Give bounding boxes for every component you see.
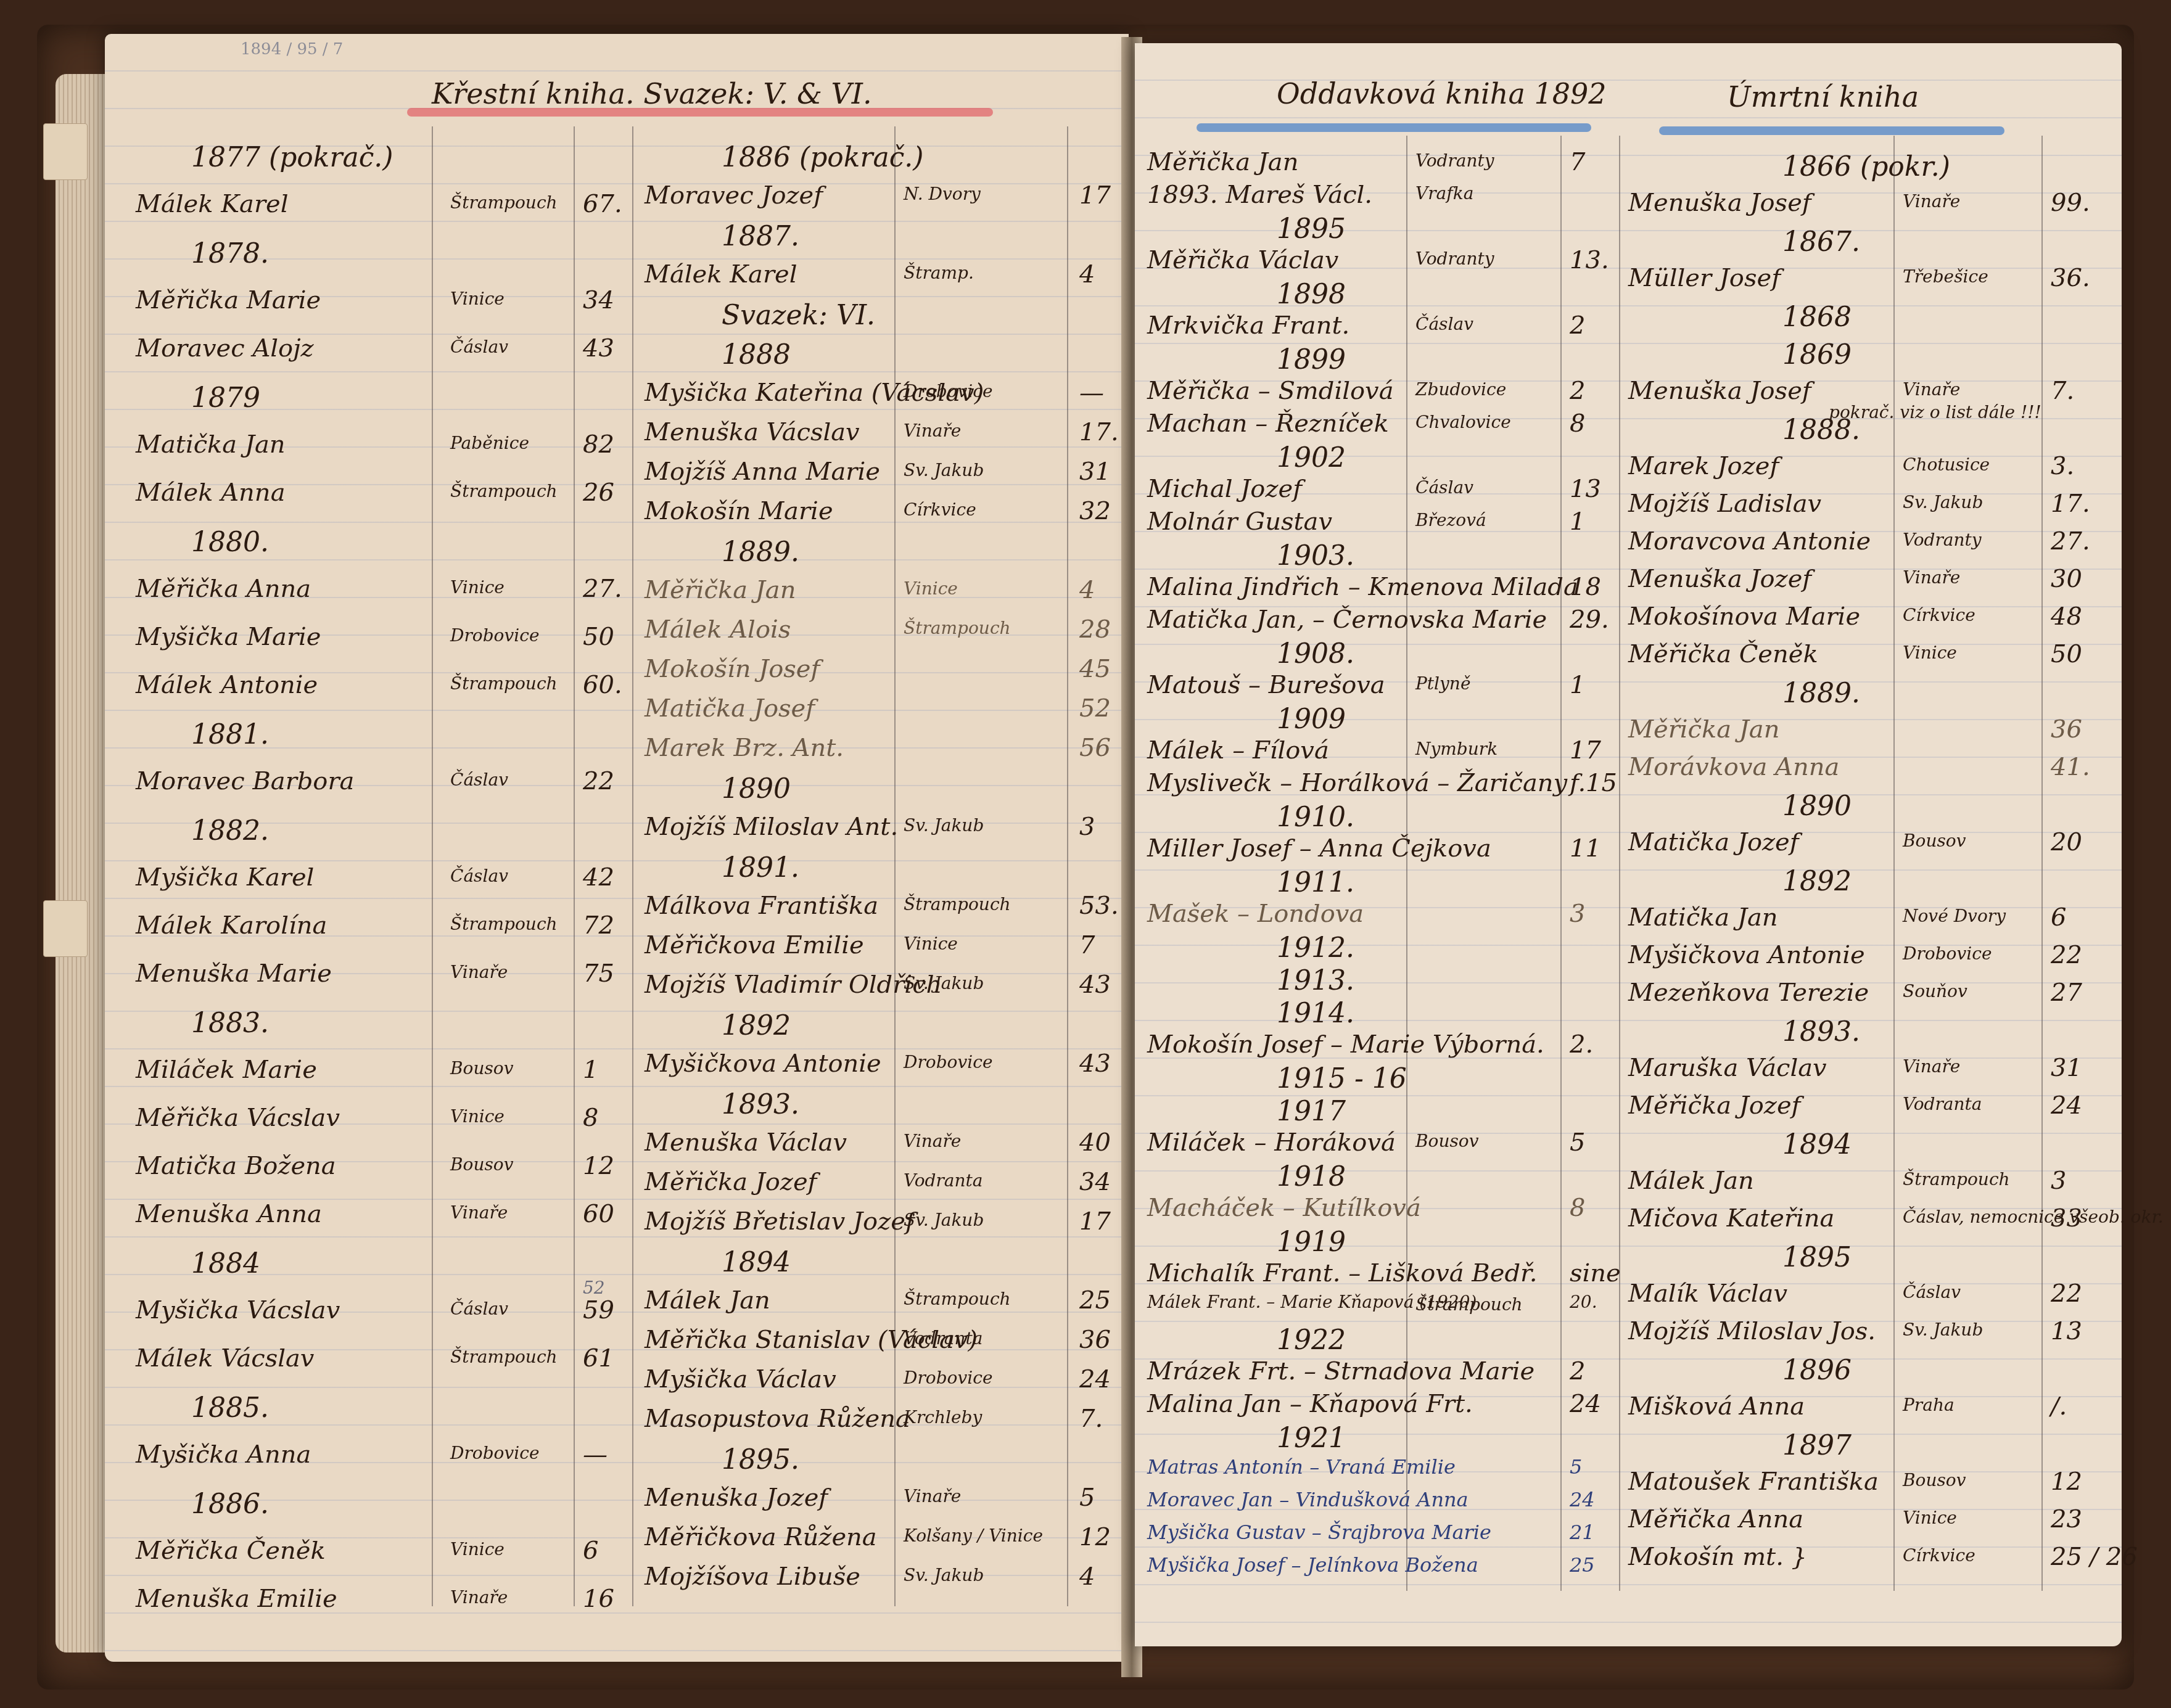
entry-place: Drobovice <box>904 1052 993 1072</box>
entry-place: Vinaře <box>1903 379 1960 400</box>
entry-place: Nymburk <box>1415 739 1497 759</box>
entry-number: 41. <box>2051 753 2090 781</box>
entry-name: Myšička Josef – Jelínkova Božena <box>1147 1553 1478 1577</box>
entry-number: 40 <box>1079 1128 1111 1157</box>
death-book-header: Úmrtní kniha <box>1727 80 1919 113</box>
entry-number: 61 <box>583 1344 614 1373</box>
entry-number: 31 <box>2051 1054 2082 1082</box>
entry-number: 28 <box>1079 615 1111 644</box>
entry-name: Měřička Vácslav <box>136 1104 340 1132</box>
entry-place: Drobovice <box>1903 943 1992 964</box>
entry-name: Myšička Gustav – Šrajbrova Marie <box>1147 1521 1491 1544</box>
entry-number: 12 <box>2051 1468 2082 1496</box>
entry-place: Drobovice <box>904 1368 993 1388</box>
entry-name: Matouš – Burešova <box>1147 671 1385 699</box>
year-heading: 1909 <box>1277 704 1346 735</box>
entry-name: Mokošínova Marie <box>1628 602 1860 631</box>
entry-number: 25 <box>1079 1286 1111 1315</box>
entry-name: Menuška Anna <box>136 1200 322 1228</box>
entry-place: Vinaře <box>904 1486 961 1506</box>
year-heading: 1893. <box>1782 1016 1860 1048</box>
year-heading: 1918 <box>1277 1161 1346 1193</box>
entry-number: 8 <box>1570 1194 1585 1222</box>
year-heading: 1893. <box>722 1089 799 1120</box>
entry-place: Štrampouch <box>1903 1169 2010 1189</box>
column-rule <box>432 126 433 1606</box>
entry-name: Mojžíšova Libuše <box>645 1562 860 1591</box>
entry-number: 12 <box>1079 1523 1111 1551</box>
entry-name: Menuška Jozef <box>1628 565 1811 593</box>
entry-number: 60. <box>583 671 622 699</box>
entry-number: 50 <box>2051 640 2082 668</box>
entry-name: Málek Anna <box>136 478 285 507</box>
entry-number: 32 <box>1079 497 1111 525</box>
entry-number: 7. <box>1079 1405 1103 1433</box>
entry-number: 16 <box>583 1585 614 1613</box>
year-heading: 1898 <box>1277 279 1346 310</box>
entry-name: Menuška Marie <box>136 959 332 988</box>
year-heading: 1902 <box>1277 442 1346 474</box>
entry-number: 22 <box>2051 1279 2082 1308</box>
entry-name: Myšička Vácslav <box>136 1296 340 1324</box>
entry-name: Matička Jan <box>136 430 286 459</box>
entry-name: Mojžíš Vladimír Oldřich <box>645 971 942 999</box>
entry-number: — <box>1079 379 1104 407</box>
year-heading: 1912. <box>1277 932 1354 964</box>
entry-place: Vinice <box>450 577 505 597</box>
entry-place: Vinaře <box>904 421 961 441</box>
year-heading: Svazek: VI. <box>722 300 875 331</box>
entry-place: Štrampouch <box>904 618 1011 638</box>
entry-name: Menuška Vácslav <box>645 418 860 446</box>
year-heading: 1885. <box>191 1392 269 1424</box>
entry-place: Vrafka <box>1415 183 1473 203</box>
column-rule <box>1560 136 1562 1591</box>
entry-name: Měřička Čeněk <box>1628 640 1818 668</box>
entry-place: Sv. Jakub <box>1903 1320 1983 1340</box>
year-heading: 1910. <box>1277 802 1354 833</box>
year-heading: 1877 (pokrač.) <box>191 142 393 173</box>
entry-number: 1 <box>583 1056 598 1084</box>
baptism-book-header: Křestní kniha. Svazek: V. & VI. <box>432 77 872 110</box>
year-heading: 1889. <box>722 536 799 568</box>
entry-name: Mezeňkova Terezie <box>1628 979 1869 1007</box>
entry-name: Matička Josef <box>645 694 815 723</box>
entry-place: Církvice <box>1903 1545 1975 1566</box>
entry-place: Vinice <box>1903 643 1957 663</box>
entry-number: 3. <box>2051 452 2074 480</box>
entry-place: Vinice <box>904 578 958 599</box>
entry-name: Měřička – Smdilová <box>1147 377 1394 405</box>
entry-number: 3 <box>1570 900 1585 928</box>
entry-number: 13 <box>2051 1317 2082 1345</box>
year-heading: 1899 <box>1277 344 1346 376</box>
entry-number: 24 <box>2051 1091 2082 1120</box>
entry-number: 20. <box>1570 1292 1597 1312</box>
entry-name: Měřičkova Emilie <box>645 931 864 959</box>
year-heading: 1894 <box>1782 1129 1852 1160</box>
entry-name: Myšičkova Antonie <box>645 1049 881 1078</box>
entry-name: Myšička Marie <box>136 623 321 651</box>
entry-name: Menuška Emilie <box>136 1585 337 1613</box>
entry-name: Málek Karel <box>136 190 289 218</box>
year-heading: 1895 <box>1277 213 1346 245</box>
entry-place: Bousov <box>450 1058 514 1078</box>
entry-place: Štrampouch <box>450 1347 558 1367</box>
left-page: 1894 / 95 / 7 Křestní kniha. Svazek: V. … <box>105 34 1129 1662</box>
entry-place: Drobovice <box>450 1443 540 1463</box>
entry-number: 22 <box>2051 941 2082 969</box>
entry-place: Štrampouch <box>450 914 558 934</box>
entry-place: Vodranta <box>1903 1094 1982 1114</box>
entry-name: Mokošín Josef <box>645 655 820 683</box>
entry-place: Sv. Jakub <box>904 815 984 836</box>
column-rule <box>632 126 633 1606</box>
entry-place: Štrampouch <box>904 894 1011 914</box>
entry-number: 5 <box>1570 1128 1585 1157</box>
entry-name: Myšička Karel <box>136 863 314 892</box>
entry-place: Čáslav <box>450 337 508 357</box>
entry-name: Malina Jindřich – Kmenova Milada <box>1147 573 1578 601</box>
entry-name: Moravec Barbora <box>136 767 354 795</box>
entry-name: Málek Karolína <box>136 911 327 940</box>
entry-name: Moravec Jozef <box>645 181 823 210</box>
margin-note: pokrač. viz o list dále !!! <box>1829 402 2041 422</box>
entry-number: 99. <box>2051 189 2090 217</box>
entry-name: Měřička Jan <box>1628 715 1779 744</box>
entry-name: Málek Alois <box>645 615 791 644</box>
entry-place: Štrampouch <box>450 192 558 213</box>
column-rule <box>1619 136 1620 1591</box>
entry-number: — <box>583 1440 608 1469</box>
entry-name: Měřička Jan <box>645 576 796 604</box>
entry-name: Měřička Marie <box>136 286 321 314</box>
entry-name: Málek Jan <box>645 1286 770 1315</box>
entry-name: Matoušek Františka <box>1628 1468 1879 1496</box>
entry-number: 6 <box>583 1537 598 1565</box>
entry-name: Měřička Anna <box>1628 1505 1803 1534</box>
entry-number: 34 <box>1079 1168 1111 1196</box>
entry-name: Matička Jozef <box>1628 828 1799 856</box>
entry-place: Vodranty <box>1903 530 1982 550</box>
column-rule <box>1893 136 1895 1591</box>
entry-name: Měřička Jozef <box>1628 1091 1800 1120</box>
entry-place: Vinice <box>904 934 958 954</box>
entry-number: 3 <box>1079 813 1095 841</box>
entry-place: Vinaře <box>1903 1056 1960 1077</box>
entry-number: 7. <box>2051 377 2074 405</box>
entry-number: 53. <box>1079 892 1119 920</box>
index-tab[interactable] <box>43 123 88 180</box>
entry-place: Praha <box>1903 1395 1955 1415</box>
entry-name: Mojžíš Břetislav Jozef <box>645 1207 915 1236</box>
year-heading: 1867. <box>1782 226 1860 258</box>
entry-number: 23 <box>2051 1505 2082 1534</box>
entry-name: Michal Jozef <box>1147 475 1302 503</box>
entry-name: Měřička Anna <box>136 575 311 603</box>
year-heading: 1903. <box>1277 540 1354 572</box>
entry-name: Mokošín Josef – Marie Výborná. <box>1147 1030 1544 1059</box>
year-heading: 1888 <box>722 339 791 371</box>
entry-name: Menuška Josef <box>1628 189 1811 217</box>
entry-number: 4 <box>1079 1562 1095 1591</box>
entry-name: Měřičkova Růžena <box>645 1523 877 1551</box>
entry-place: Paběnice <box>450 433 529 453</box>
entry-number: 22 <box>583 767 614 795</box>
entry-place: Vinaře <box>450 962 508 982</box>
entry-place: Krchleby <box>904 1407 982 1427</box>
entry-number: 30 <box>2051 565 2082 593</box>
entry-name: Molnár Gustav <box>1147 507 1332 536</box>
entry-name: Mojžíš Ladislav <box>1628 490 1821 518</box>
entry-name: Matička Jan, – Černovska Marie <box>1147 606 1547 634</box>
entry-number: 50 <box>583 623 614 651</box>
year-heading: 1869 <box>1782 339 1852 371</box>
entry-name: Mišková Anna <box>1628 1392 1805 1421</box>
entry-place: Souňov <box>1903 981 1967 1001</box>
entry-name: Machan – Řezníček <box>1147 409 1389 438</box>
entry-name: Měřička Václav <box>1147 246 1338 274</box>
entry-place: Čáslav <box>1415 477 1473 498</box>
entry-name: Mičova Kateřina <box>1628 1204 1834 1233</box>
entry-number: 8 <box>583 1104 598 1132</box>
entry-name: Mrkvička Frant. <box>1147 311 1349 340</box>
entry-place: Zbudovice <box>1415 379 1506 400</box>
entry-name: Mašek – Londova <box>1147 900 1364 928</box>
entry-name: Marek Brz. Ant. <box>645 734 844 762</box>
entry-name: Moravcova Antonie <box>1628 527 1871 556</box>
entry-name: Müller Josef <box>1628 264 1781 292</box>
entry-name: Miller Josef – Anna Čejkova <box>1147 834 1491 863</box>
entry-number: 75 <box>583 959 614 988</box>
entry-number: 24 <box>1570 1488 1595 1511</box>
entry-number: 42 <box>583 863 614 892</box>
entry-place: Kolšany / Vinice <box>904 1525 1043 1546</box>
entry-number: 18 <box>1570 573 1601 601</box>
entry-number: 36 <box>1079 1326 1111 1354</box>
year-heading: 1866 (pokr.) <box>1782 151 1950 183</box>
entry-name: Masopustova Růžena <box>645 1405 910 1433</box>
year-heading: 1897 <box>1782 1430 1852 1461</box>
entry-number: 17. <box>2051 490 2090 518</box>
entry-name: Michalík Frant. – Lišková Bedř. <box>1147 1259 1537 1287</box>
year-heading: 1868 <box>1782 302 1852 333</box>
entry-name: Málek Jan <box>1628 1167 1754 1195</box>
entry-place: Bousov <box>450 1154 514 1175</box>
entry-number: 5 <box>1570 1455 1582 1479</box>
entry-number: 36. <box>2051 264 2090 292</box>
entry-place: Bousov <box>1903 831 1966 851</box>
year-heading: 1913. <box>1277 965 1354 996</box>
entry-number: 2 <box>1570 377 1585 405</box>
entry-number: 72 <box>583 911 614 940</box>
column-rule <box>2041 136 2043 1591</box>
entry-name: Mojžíš Anna Marie <box>645 458 880 486</box>
entry-place: Čáslav <box>450 770 508 790</box>
entry-name: Myšička Anna <box>136 1440 311 1469</box>
entry-place: Drobovice <box>450 625 540 646</box>
entry-place: Bousov <box>1415 1131 1479 1151</box>
entry-place: Chotusice <box>1903 454 1990 475</box>
entry-number: 17 <box>1570 736 1601 765</box>
entry-place: Čáslav <box>450 1299 508 1319</box>
index-tab[interactable] <box>43 900 88 957</box>
entry-name: Miláček – Horáková <box>1147 1128 1396 1157</box>
entry-number: 26 <box>583 478 614 507</box>
year-heading: 1882. <box>191 815 269 847</box>
column-rule <box>894 126 896 1606</box>
year-heading: 1883. <box>191 1008 269 1039</box>
entry-number: 2. <box>1570 1030 1593 1059</box>
entry-name: Měřička Čeněk <box>136 1537 326 1565</box>
year-heading: 1886. <box>191 1488 269 1520</box>
year-heading: 1908. <box>1277 638 1354 670</box>
year-heading: 1894 <box>722 1247 791 1278</box>
year-heading: 1911. <box>1277 867 1354 898</box>
entry-place: Čáslav <box>1903 1282 1961 1302</box>
entry-number: 24 <box>1570 1390 1601 1418</box>
entry-name: Mrázek Frt. – Strnadova Marie <box>1147 1357 1535 1386</box>
blue-underline <box>1197 123 1591 132</box>
entry-name: Mokošín Marie <box>645 497 833 525</box>
year-heading: 1878. <box>191 238 269 269</box>
year-heading: 1922 <box>1277 1324 1346 1356</box>
entry-place: Chvalovice <box>1415 412 1511 432</box>
entry-number: 31 <box>1079 458 1111 486</box>
entry-place: Vinaře <box>1903 567 1960 588</box>
blue-underline <box>1659 126 2004 135</box>
entry-name: Matička Božena <box>136 1152 336 1180</box>
entry-number: /. <box>2051 1392 2067 1421</box>
entry-place: Vodranty <box>1415 248 1494 269</box>
entry-place: Štrampouch <box>450 481 558 501</box>
entry-name: Myšičkova Antonie <box>1628 941 1865 969</box>
entry-name: 1893. Mareš Václ. <box>1147 181 1372 209</box>
entry-name: Myšička Václav <box>645 1365 836 1394</box>
entry-place: Čáslav <box>1415 314 1473 334</box>
entry-place: Štrampouch <box>450 673 558 694</box>
entry-number: 33 <box>2051 1204 2082 1233</box>
entry-number: 7 <box>1570 148 1585 176</box>
year-heading: 1892 <box>1782 866 1852 897</box>
page-stack-edge <box>56 74 111 1653</box>
year-heading: 1921 <box>1277 1423 1346 1454</box>
entry-number: 43 <box>1079 1049 1111 1078</box>
entry-name: Matras Antonín – Vraná Emilie <box>1147 1455 1456 1479</box>
entry-number: 12 <box>583 1152 614 1180</box>
year-heading: 1884 <box>191 1248 260 1279</box>
entry-name: Málek Karel <box>645 260 797 289</box>
entry-number: 36 <box>2051 715 2082 744</box>
year-heading: 1892 <box>722 1010 791 1041</box>
entry-name: Miláček Marie <box>136 1056 317 1084</box>
entry-place: Drobovice <box>904 381 993 401</box>
entry-place: Sv. Jakub <box>1903 492 1983 512</box>
entry-place: Vinaře <box>450 1202 508 1223</box>
entry-number: 3 <box>2051 1167 2066 1195</box>
year-heading: 1917 <box>1277 1096 1346 1127</box>
year-heading: 1895. <box>722 1444 799 1476</box>
entry-number: 34 <box>583 286 614 314</box>
entry-name: Mokošín mt. } <box>1628 1543 1807 1571</box>
entry-place: Sv. Jakub <box>904 460 984 480</box>
entry-number: 45 <box>1079 655 1111 683</box>
red-underline <box>407 108 993 117</box>
entry-number: 60 <box>583 1200 614 1228</box>
entry-place: Vinice <box>450 289 505 309</box>
entry-number: 59 <box>583 1296 614 1324</box>
entry-number: 8 <box>1570 409 1585 438</box>
entry-name: Menuška Jozef <box>645 1484 828 1512</box>
entry-number: 2 <box>1570 311 1585 340</box>
pencil-annotation: 52 <box>583 1278 605 1298</box>
entry-number: sine <box>1570 1259 1621 1287</box>
year-heading: 1879 <box>191 382 260 414</box>
entry-number: 4 <box>1079 260 1095 289</box>
entry-number: 52 <box>1079 694 1111 723</box>
year-heading: 1881. <box>191 719 269 750</box>
entry-number: 56 <box>1079 734 1111 762</box>
entry-name: Macháček – Kutílková <box>1147 1194 1421 1222</box>
entry-number: 25 / 26 <box>2051 1543 2138 1571</box>
entry-number: 5 <box>1079 1484 1095 1512</box>
entry-number: f.15 <box>1570 769 1617 797</box>
entry-number: 1 <box>1570 507 1585 536</box>
entry-place: Vinice <box>450 1539 505 1559</box>
entry-place: Třebešice <box>1903 266 1988 287</box>
year-heading: 1890 <box>1782 790 1852 822</box>
entry-name: Menuška Václav <box>645 1128 847 1157</box>
entry-name: Malík Václav <box>1628 1279 1787 1308</box>
entry-number: 11 <box>1570 834 1601 863</box>
entry-place: Vodranta <box>904 1170 983 1191</box>
year-heading: 1891. <box>722 852 799 884</box>
entry-place: Čáslav, nemocnice všeob. okr. <box>1903 1207 2164 1227</box>
entry-name: Menuška Josef <box>1628 377 1811 405</box>
year-heading: 1886 (pokrač.) <box>722 142 924 173</box>
entry-place: Štrampouch <box>904 1289 1011 1309</box>
entry-name: Moravec Jan – Vindušková Anna <box>1147 1488 1469 1511</box>
year-heading: 1919 <box>1277 1226 1346 1258</box>
entry-name: Mojžíš Miloslav Jos. <box>1628 1317 1876 1345</box>
year-heading: 1887. <box>722 221 799 252</box>
entry-name: Málek – Fílová <box>1147 736 1329 765</box>
year-heading: 1888. <box>1782 414 1860 446</box>
entry-number: 21 <box>1570 1521 1595 1544</box>
entry-place: Sv. Jakub <box>904 1565 984 1585</box>
entry-place: Vinaře <box>450 1587 508 1607</box>
column-rule <box>574 126 575 1606</box>
entry-number: 4 <box>1079 576 1095 604</box>
entry-name: Málek Antonie <box>136 671 318 699</box>
entry-place: Nové Dvory <box>1903 906 2006 926</box>
entry-place: Sv. Jakub <box>904 1210 984 1230</box>
year-heading: 1895 <box>1782 1242 1852 1273</box>
entry-place: Sv. Jakub <box>904 973 984 993</box>
entry-name: Málek Vácslav <box>136 1344 314 1373</box>
entry-number: 27 <box>2051 979 2082 1007</box>
year-heading: 1896 <box>1782 1355 1852 1386</box>
entry-name: Moravec Alojz <box>136 334 314 363</box>
year-heading: 1914. <box>1277 998 1354 1029</box>
entry-number: 67. <box>583 190 622 218</box>
entry-name: Matička Jan <box>1628 903 1778 932</box>
entry-place: Štramp. <box>904 263 974 283</box>
entry-number: 7 <box>1079 931 1095 959</box>
entry-place: Vodranty <box>1415 150 1494 171</box>
entry-name: Morávkova Anna <box>1628 753 1839 781</box>
entry-number: 17. <box>1079 418 1119 446</box>
